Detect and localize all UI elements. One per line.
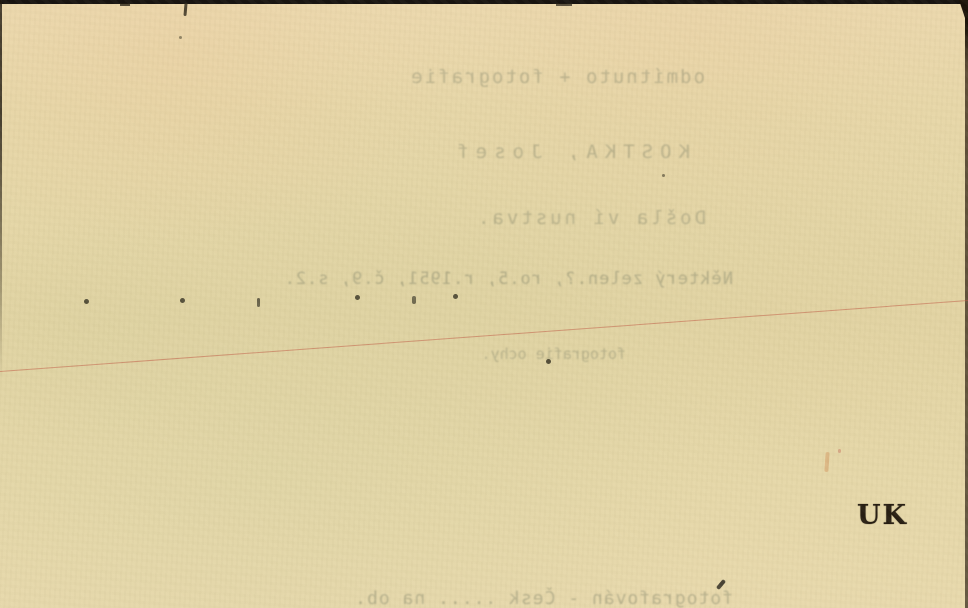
ink-mark	[84, 299, 89, 304]
ink-mark	[838, 449, 841, 453]
scan-edge-corner	[959, 0, 968, 27]
scanned-document-page: odmítnuto + fotografie KOSTKA, Josef Doš…	[0, 0, 968, 608]
ink-mark	[257, 298, 260, 307]
scan-edge-top	[0, 0, 968, 4]
ink-mark	[824, 452, 829, 472]
ink-mark	[355, 295, 360, 300]
ink-mark	[662, 174, 665, 177]
bleed-text-line: fotografie ochy.	[488, 345, 626, 363]
ink-mark	[412, 296, 416, 304]
ink-mark	[179, 36, 182, 39]
library-stamp: UK	[857, 500, 908, 531]
ink-mark	[180, 298, 185, 303]
ink-mark	[453, 294, 458, 299]
bleed-text-line: KOSTKA, Josef	[432, 141, 690, 163]
bleed-text-line: odmítnuto + fotografie	[395, 66, 705, 88]
bleed-text-line: Některý zelen.?, ro.5, r.1951, č.9, s.2.	[298, 269, 733, 289]
bleed-text-line: fotografován - Česk ..... na ob.	[385, 588, 733, 608]
torn-edge-notch	[556, 3, 572, 6]
bleed-text-line: Došla ví nustva.	[468, 207, 706, 229]
scan-edge-left	[0, 0, 2, 380]
torn-edge-fiber	[183, 3, 187, 16]
torn-edge-notch	[120, 3, 130, 6]
